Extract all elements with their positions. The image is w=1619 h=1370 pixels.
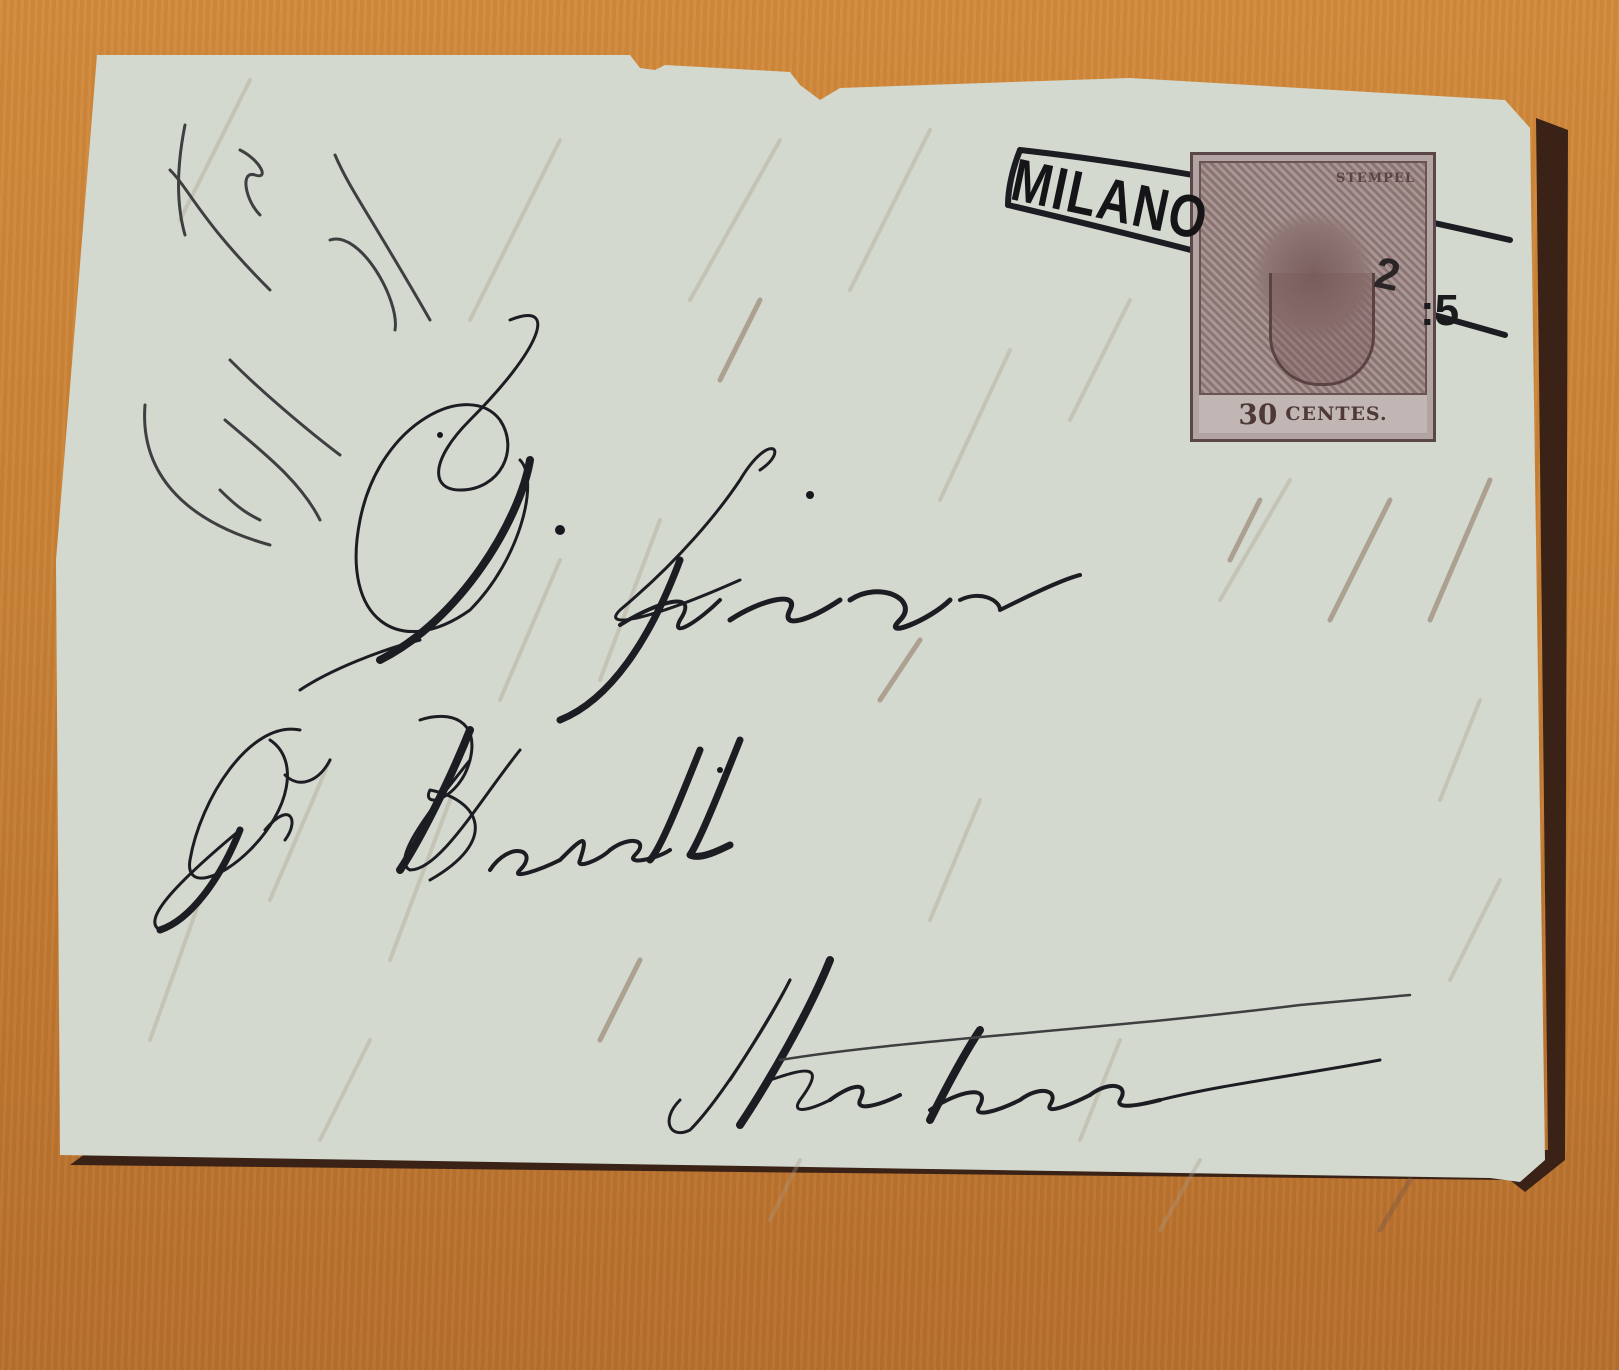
- stamp-top-legend: STEMPEL: [1211, 171, 1415, 191]
- coat-of-arms-icon: [1269, 273, 1375, 386]
- stamp-value-number: 30: [1238, 398, 1277, 431]
- stamp-value-unit: CENTES.: [1285, 403, 1387, 425]
- stamp-value-tablet: 30 CENTES.: [1199, 393, 1427, 433]
- postmark-time: :5: [1420, 286, 1459, 336]
- postage-stamp: STEMPEL 30 CENTES.: [1190, 152, 1436, 442]
